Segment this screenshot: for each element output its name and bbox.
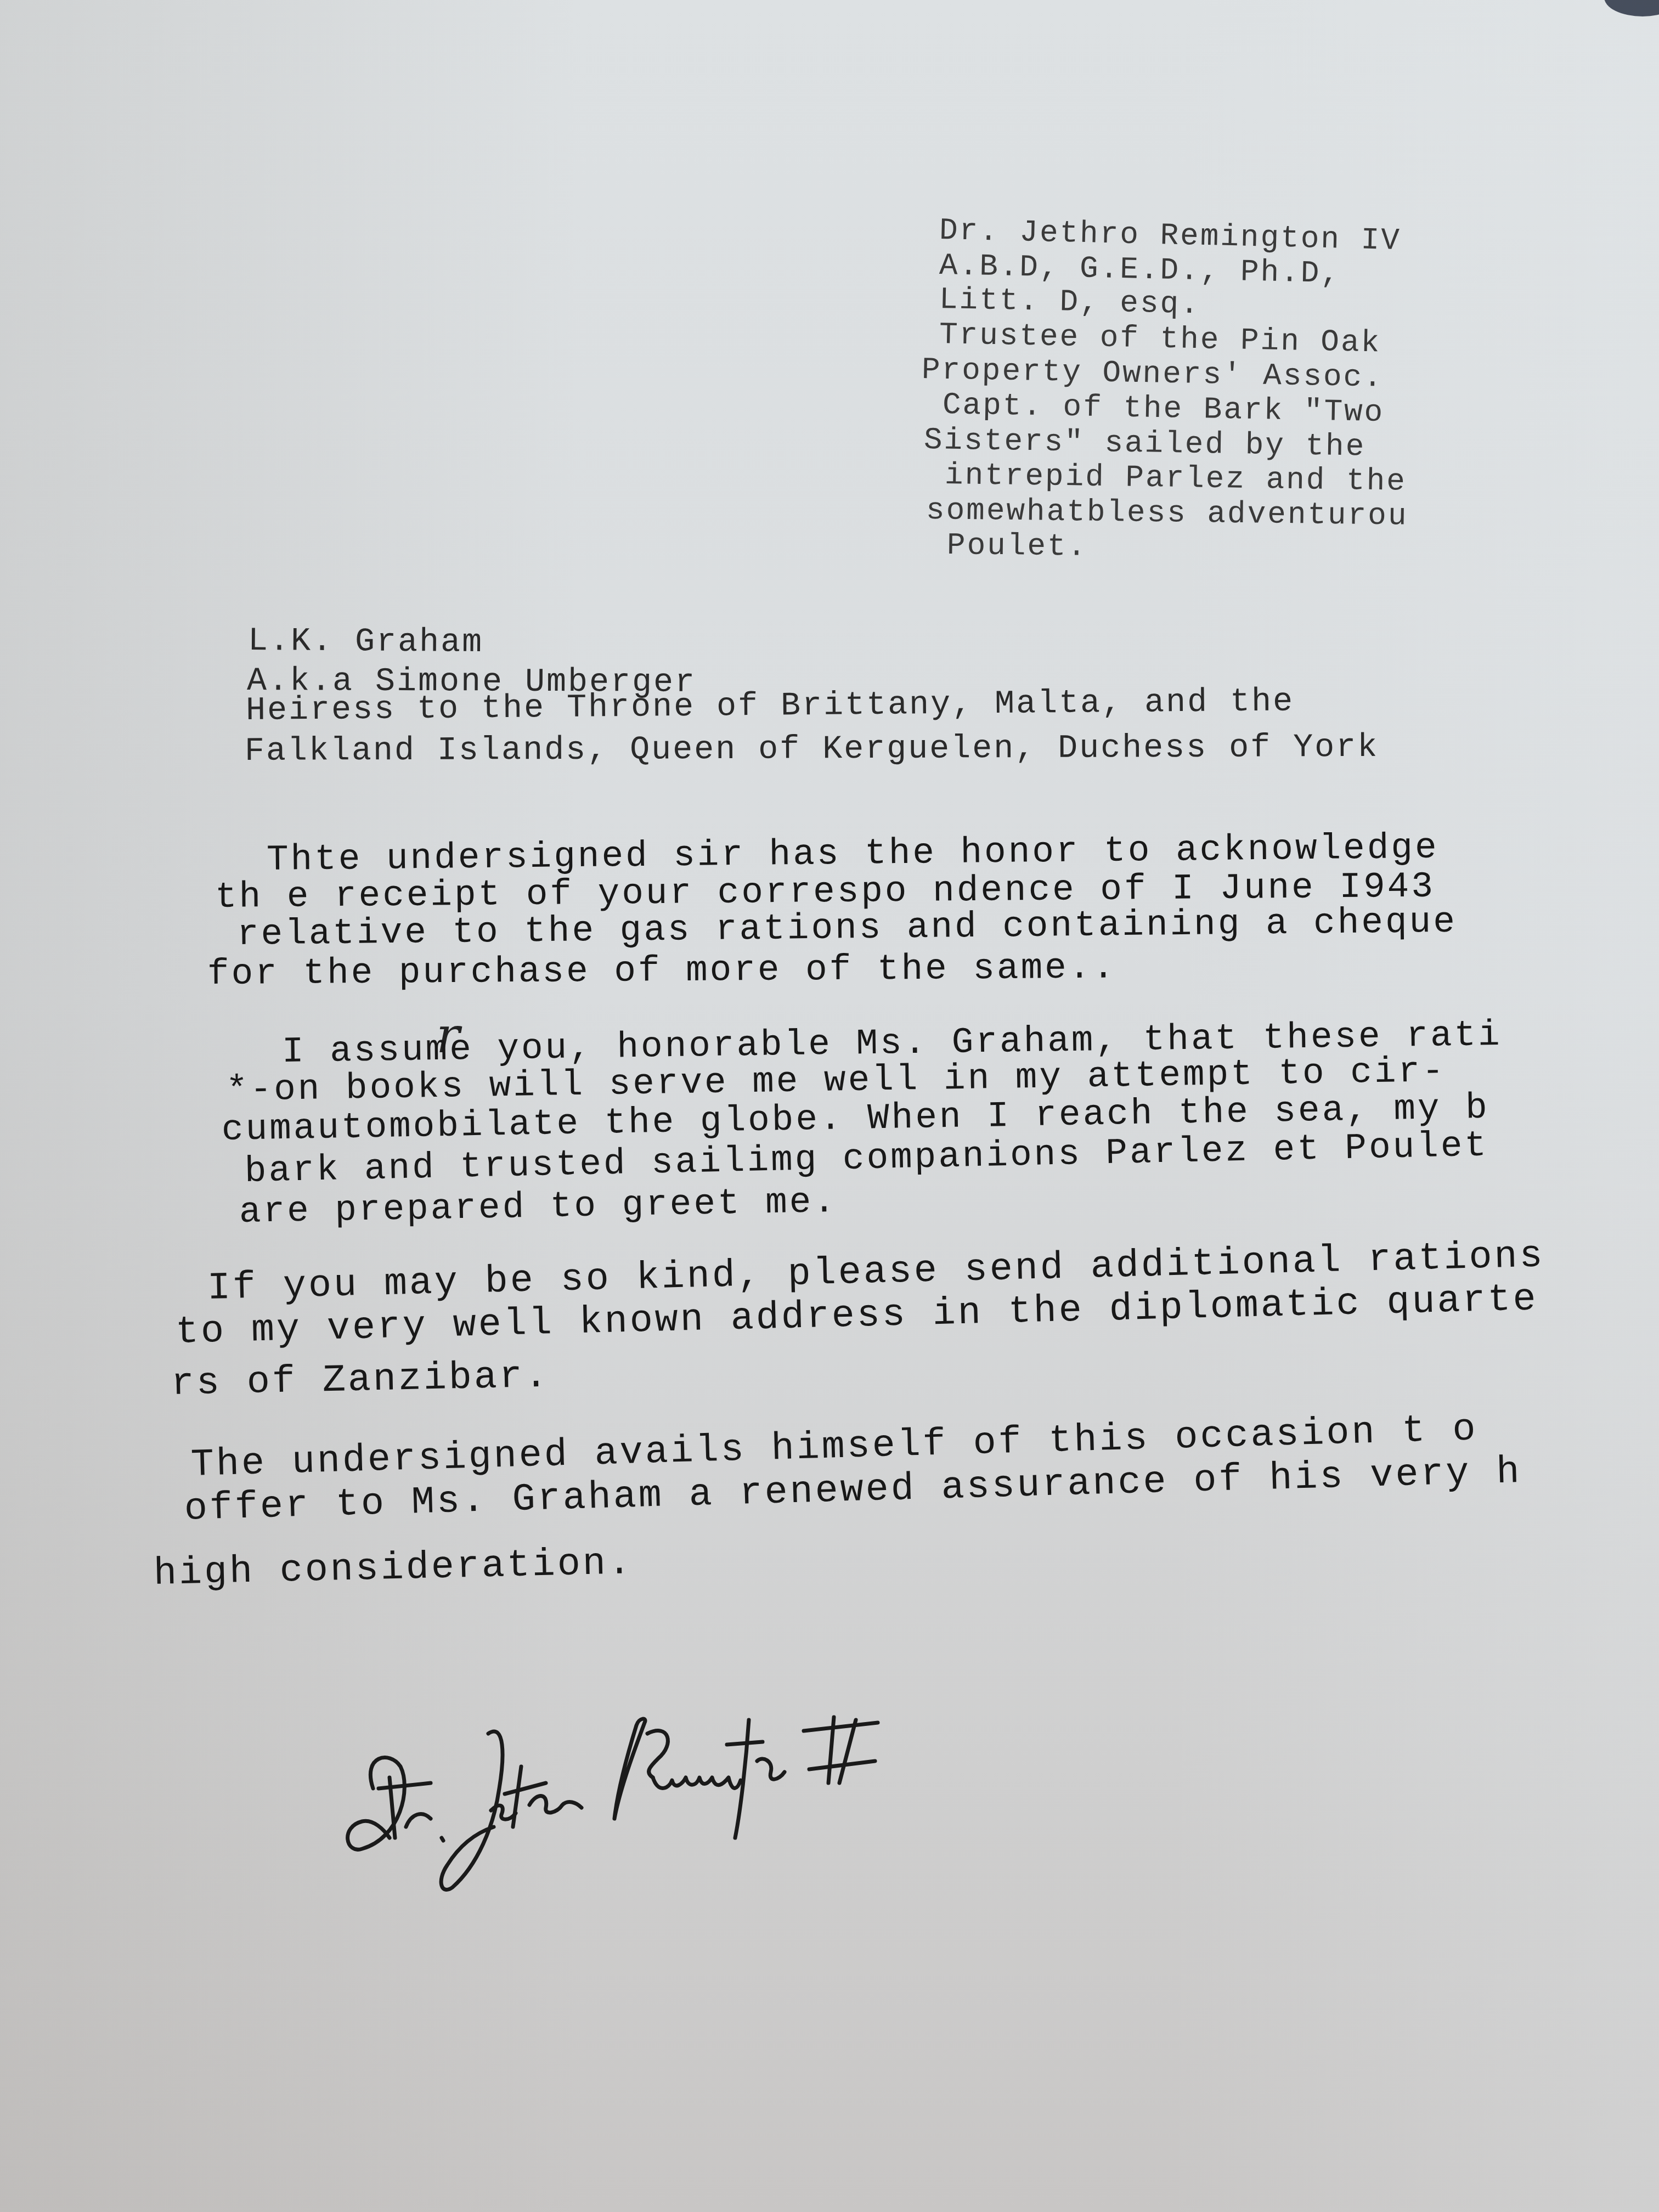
signature-drawing: Dr. Jethro Remington IV	[340, 1701, 1196, 1909]
handwritten-signature: Dr. Jethro Remington IV	[340, 1701, 1196, 1909]
letterhead-line: somewhatbless adventurou	[926, 493, 1408, 534]
body-line: for the purchase of more of the same..	[207, 947, 1117, 995]
background-object-shadow	[1604, 0, 1659, 16]
recipient-line: Falkland Islands, Queen of Kerguelen, Du…	[245, 729, 1379, 770]
letterhead-line: Poulet.	[947, 528, 1088, 565]
recipient-line: L.K. Graham	[248, 623, 484, 662]
letterhead-line: intrepid Parlez and the	[945, 458, 1407, 499]
body-line: high consideration.	[153, 1542, 634, 1596]
body-line: rs of Zanzibar.	[171, 1355, 550, 1406]
letterhead-line: Litt. D, esq.	[939, 282, 1200, 322]
letter-page: Dr. Jethro Remington IV A.B.D, G.E.D., P…	[0, 0, 1659, 2212]
